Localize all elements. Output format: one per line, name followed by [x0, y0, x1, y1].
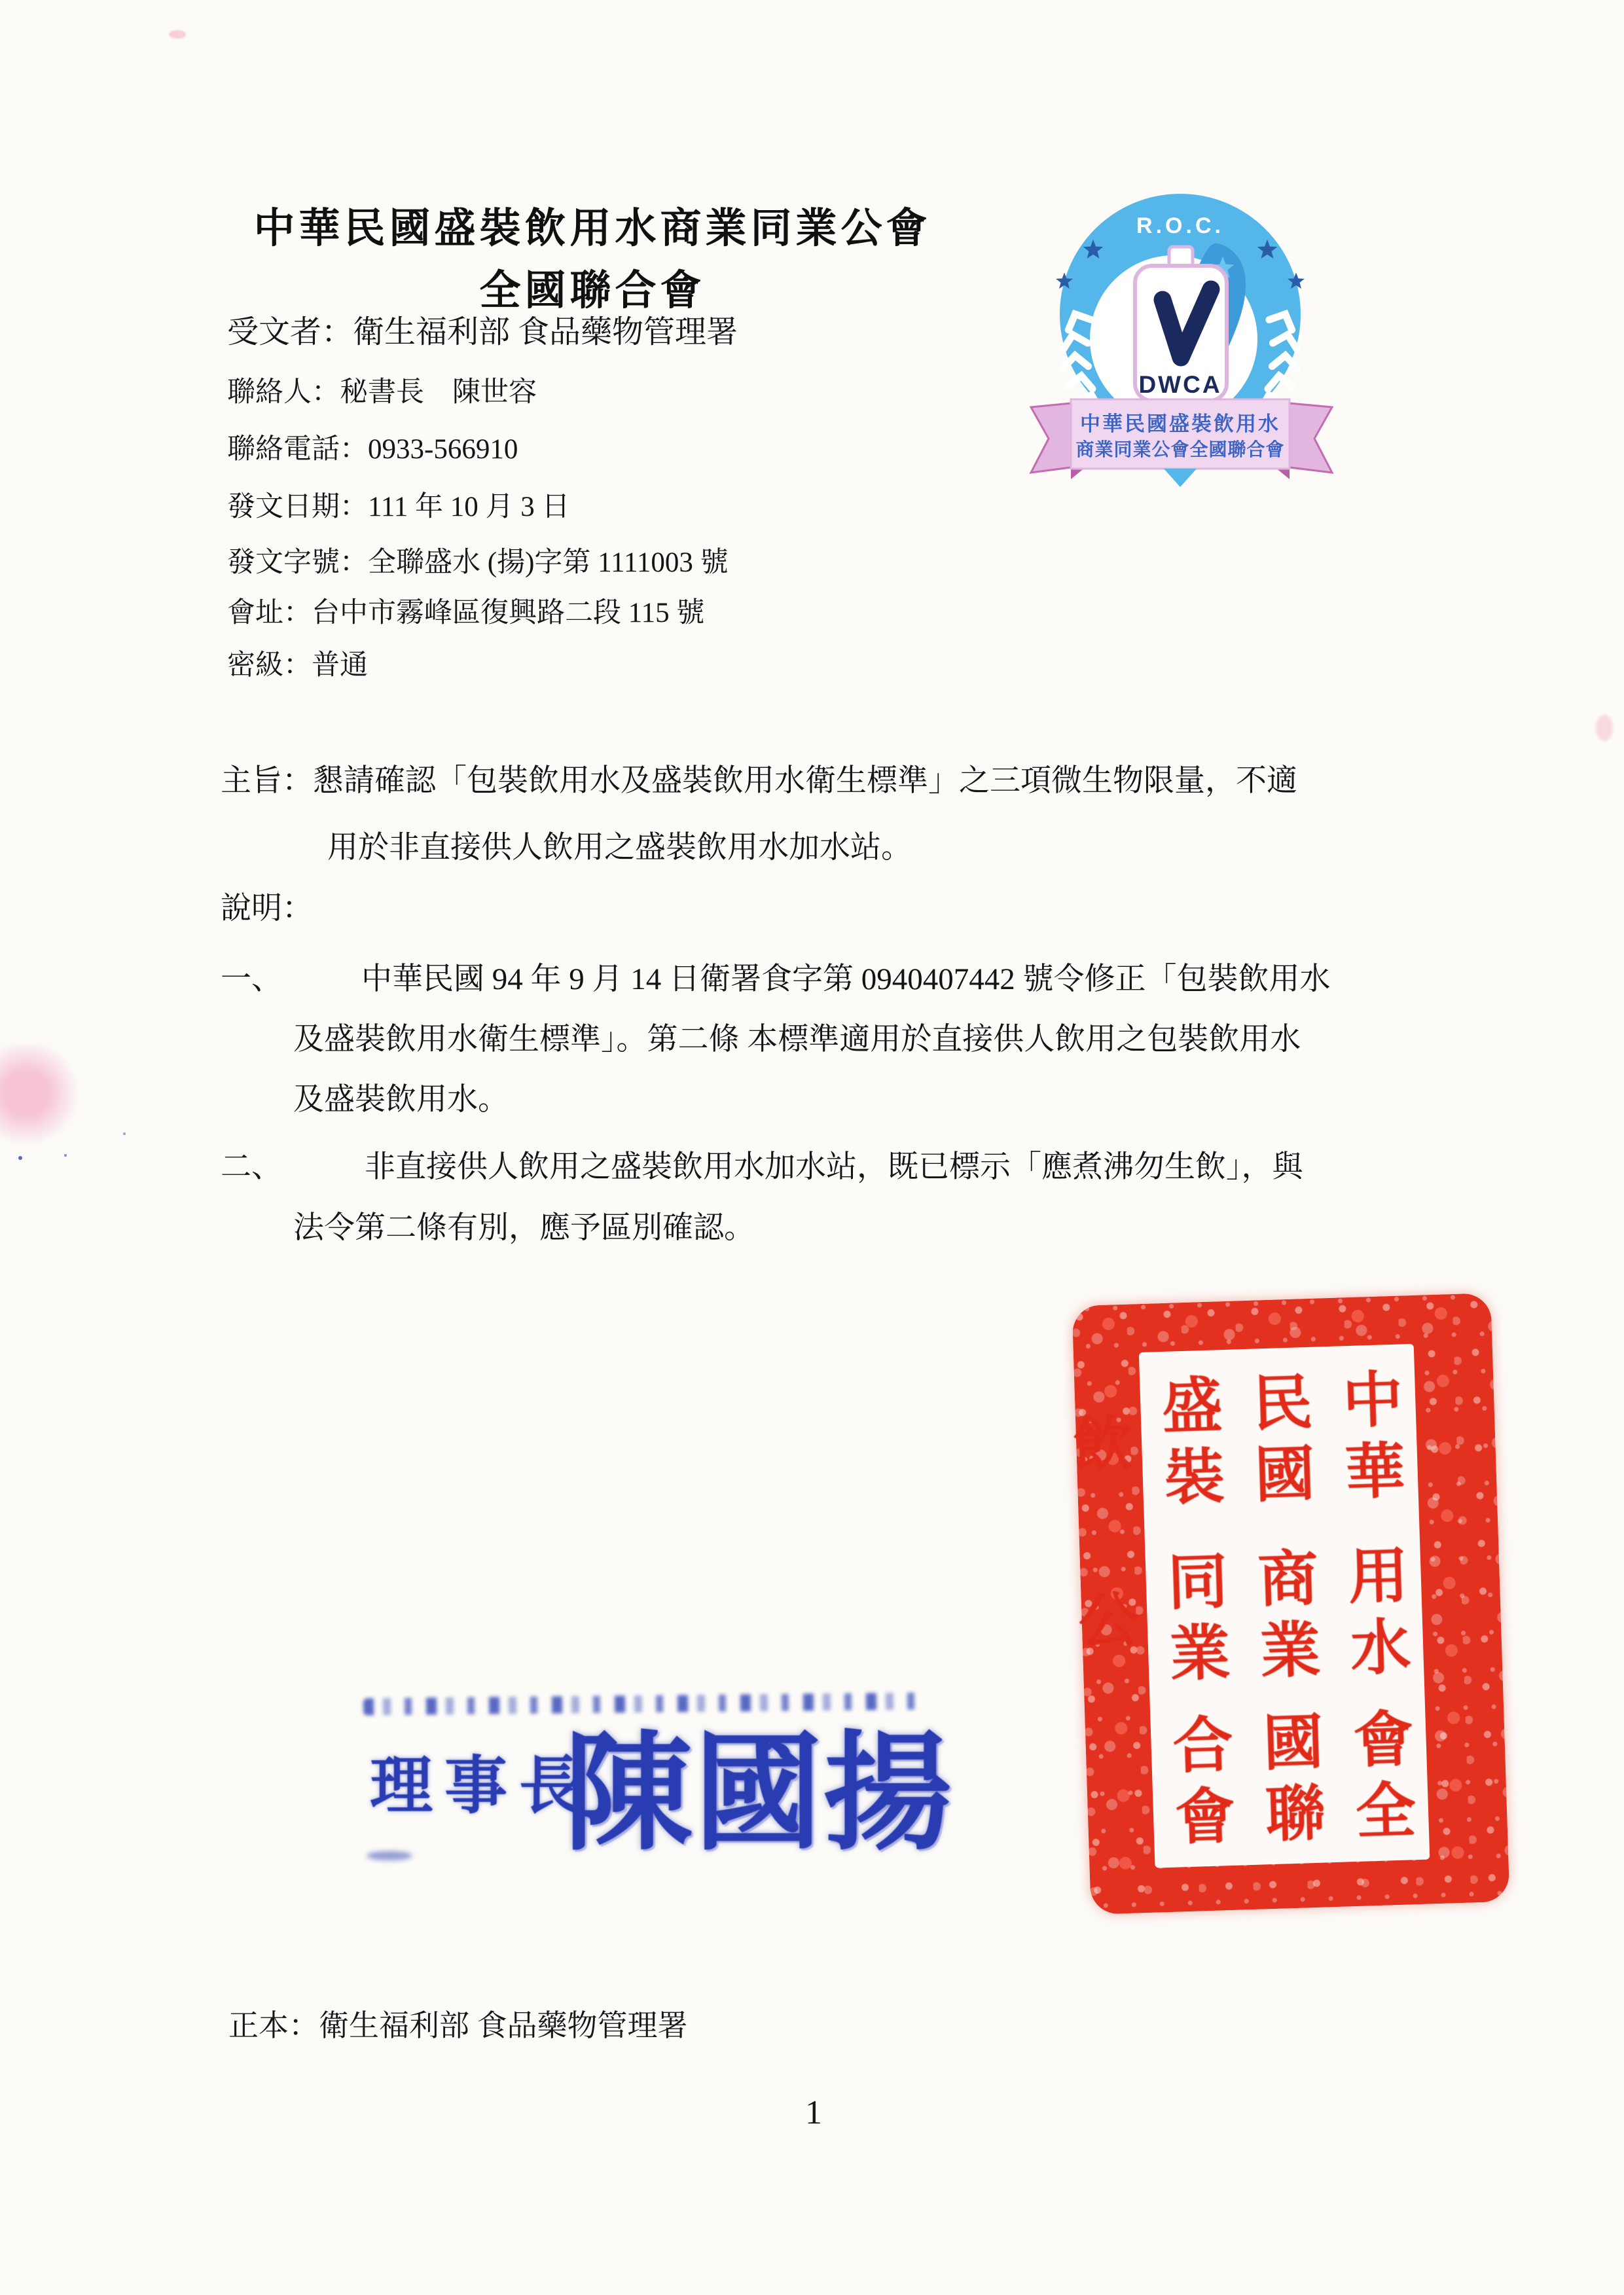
field-value: 全聯盛水 (揚)字第 1111003 號 [368, 547, 729, 578]
item1-line2: 及盛裝飲用水衛生標準」。第二條 本標準適用於直接供人飲用之包裝飲用水 [293, 1015, 1301, 1058]
subject-label: 主旨： [221, 764, 313, 798]
field-value: 111 年 10 月 3 日 [368, 492, 570, 522]
field-value: 台中市霧峰區復興路二段 115 號 [312, 598, 704, 628]
pink-ink-smudge [0, 1044, 82, 1142]
ribbon-line2: 商業同業公會全國聯合會 [1075, 439, 1284, 460]
field-label: 發文字號： [227, 547, 368, 578]
field-label: 聯絡人： [227, 377, 340, 408]
field-classification: 密級：普通 [227, 643, 368, 683]
item1-line3: 及盛裝飲用水。 [293, 1075, 509, 1119]
seal-column-right: 中華民國盛裝飲 [1142, 1350, 1416, 1535]
ribbon-banner: 中華民國盛裝飲用水 商業同業公會全國聯合會 [1031, 399, 1332, 487]
copy-value: 衛生福利部 食品藥物管理署 [319, 2009, 688, 2042]
field-recipient: 受文者：衛生福利部 食品藥物管理署 [227, 306, 738, 352]
field-value: 0933-566910 [368, 434, 518, 465]
pink-speck [1596, 715, 1613, 741]
org-title-line1: 中華民國盛裝飲用水商業同業公會 [183, 195, 1001, 255]
field-value: 普通 [312, 650, 368, 681]
subject-text: 懇請確認「包裝飲用水及盛裝飲用水衛生標準」之三項微生物限量，不適 [313, 764, 1297, 798]
blue-ink-smudge-small [367, 1851, 412, 1860]
field-label: 發文日期： [227, 492, 368, 522]
field-contact-phone: 聯絡電話：0933-566910 [227, 427, 518, 467]
item2-line2: 法令第二條有別，應予區別確認。 [293, 1203, 755, 1247]
red-official-seal: 中華民國盛裝飲 用水商業同業公 會全國聯合會 [1072, 1293, 1510, 1915]
water-bottle-icon: DWCA [1135, 247, 1227, 401]
roc-text: R.O.C. [1136, 213, 1224, 238]
logo-svg: R.O.C. [1015, 183, 1348, 491]
seal-column-left: 會全國聯合會 [1153, 1702, 1427, 1861]
association-logo: R.O.C. [1015, 183, 1348, 491]
explanation-label: 說明： [221, 884, 313, 928]
seal-column-middle: 用水商業同業公 [1147, 1527, 1422, 1711]
item2-number: 二、 [221, 1142, 282, 1186]
item1-number: 一、 [221, 954, 282, 998]
dwca-text: DWCA [1138, 371, 1221, 398]
item2-line1: 非直接供人飲用之盛裝飲用水加水站，既已標示「應煮沸勿生飲」，與 [365, 1142, 1303, 1186]
seal-inner: 中華民國盛裝飲 用水商業同業公 會全國聯合會 [1139, 1344, 1430, 1868]
field-label: 會址： [227, 598, 312, 628]
scanned-official-letter: 中華民國盛裝飲用水商業同業公會 全國聯合會 受文者：衛生福利部 食品藥物管理署 … [0, 0, 1624, 2295]
chairman-name-stamp: 陳國揚 [564, 1690, 953, 1875]
copy-label: 正本： [228, 2009, 319, 2042]
blue-speck [123, 1132, 126, 1135]
chairman-title-stamp: 理事長 [370, 1736, 594, 1826]
field-label: 聯絡電話： [227, 434, 368, 465]
subject-line2: 用於非直接供人飲用之盛裝飲用水加水站。 [327, 823, 912, 867]
ribbon-line1: 中華民國盛裝飲用水 [1080, 412, 1280, 435]
field-value: 秘書長 陳世容 [340, 377, 537, 408]
field-label: 受文者： [227, 315, 353, 350]
field-issue-date: 發文日期：111 年 10 月 3 日 [227, 484, 570, 524]
blue-speck [64, 1154, 67, 1157]
copy-to-line: 正本：衛生福利部 食品藥物管理署 [228, 2002, 688, 2045]
circle-bottom-sliver [1164, 469, 1197, 487]
blue-speck [18, 1156, 22, 1160]
item1-line1: 中華民國 94 年 9 月 14 日衛署食字第 0940407442 號令修正「… [361, 954, 1331, 998]
field-label: 密級： [227, 650, 312, 681]
page-number: 1 [791, 2093, 837, 2132]
field-value: 衛生福利部 食品藥物管理署 [353, 315, 738, 350]
field-address: 會址：台中市霧峰區復興路二段 115 號 [227, 590, 704, 630]
subject-line1: 主旨：懇請確認「包裝飲用水及盛裝飲用水衛生標準」之三項微生物限量，不適 [221, 756, 1297, 800]
pink-speck [169, 30, 186, 39]
field-doc-number: 發文字號：全聯盛水 (揚)字第 1111003 號 [227, 540, 729, 580]
field-contact-person: 聯絡人：秘書長 陳世容 [227, 370, 537, 410]
